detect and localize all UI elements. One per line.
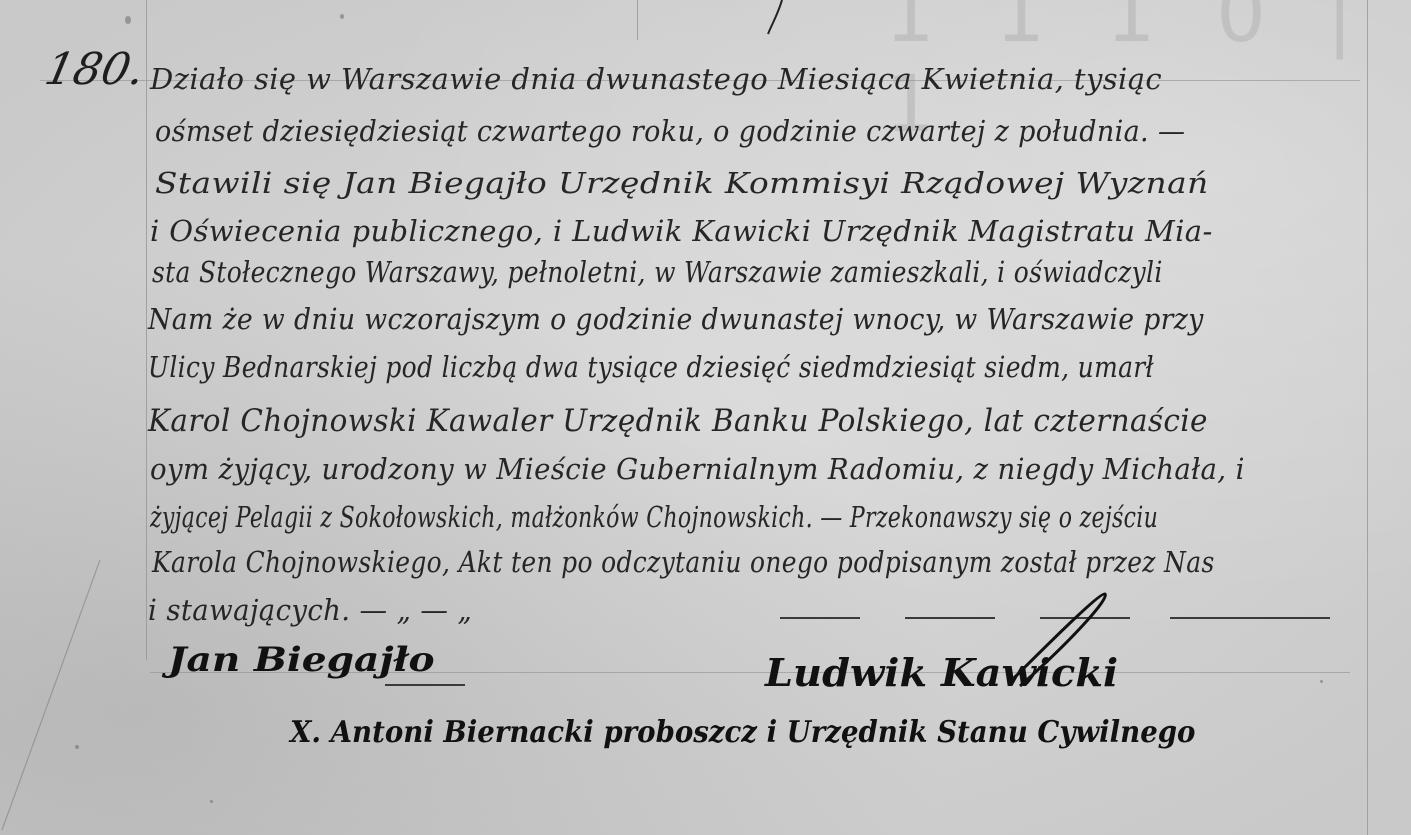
body-line: i stawających. — „ — „: [148, 593, 472, 627]
body-line: i Oświecenia publicznego, i Ludwik Kawic…: [150, 214, 1213, 248]
previous-entry-stroke: [760, 0, 790, 40]
paper-crease: [0, 560, 110, 835]
body-line: Stawili się Jan Biegajło Urzędnik Kommis…: [155, 166, 1209, 200]
body-line: Działo się w Warszawie dnia dwunastego M…: [150, 62, 1162, 96]
signature-witness-1: Jan Biegajło: [168, 640, 435, 680]
signature-flourish: [385, 684, 465, 686]
body-line: Karol Chojnowski Kawaler Urzędnik Banku …: [148, 403, 1208, 439]
ink-speck: [210, 800, 213, 803]
body-line: żyjącej Pelagii z Sokołowskich, małżonkó…: [150, 500, 1158, 534]
margin-rule-center: [637, 0, 638, 40]
ink-speck: [125, 16, 131, 24]
margin-rule-right: [1367, 0, 1368, 835]
body-line: Ulicy Bednarskiej pod liczbą dwa tysiące…: [148, 350, 1154, 384]
ink-speck: [1320, 680, 1323, 683]
filler-dash: [1170, 617, 1330, 619]
body-line: sta Stołecznego Warszawy, pełnoletni, w …: [152, 255, 1163, 289]
body-line: oym żyjący, urodzony w Mieście Gubernial…: [150, 452, 1245, 486]
body-line: Nam że w dniu wczorajszym o godzinie dwu…: [148, 302, 1204, 336]
act-number: 180.: [41, 44, 150, 95]
signature-official: X. Antoni Biernacki proboszcz i Urzędnik…: [290, 715, 1195, 750]
filler-dash: [780, 617, 860, 619]
ink-speck: [340, 14, 344, 19]
ink-speck: [75, 745, 79, 749]
signature-loop: [990, 582, 1130, 692]
filler-dash: [905, 617, 995, 619]
body-line: ośmset dziesiędziesiąt czwartego roku, o…: [155, 114, 1185, 148]
document-scan: 1 1 1 0 | 1 180. Działo się w Warszawie …: [0, 0, 1411, 835]
margin-rule-left: [146, 0, 147, 660]
body-line: Karola Chojnowskiego, Akt ten po odczyta…: [152, 545, 1215, 579]
